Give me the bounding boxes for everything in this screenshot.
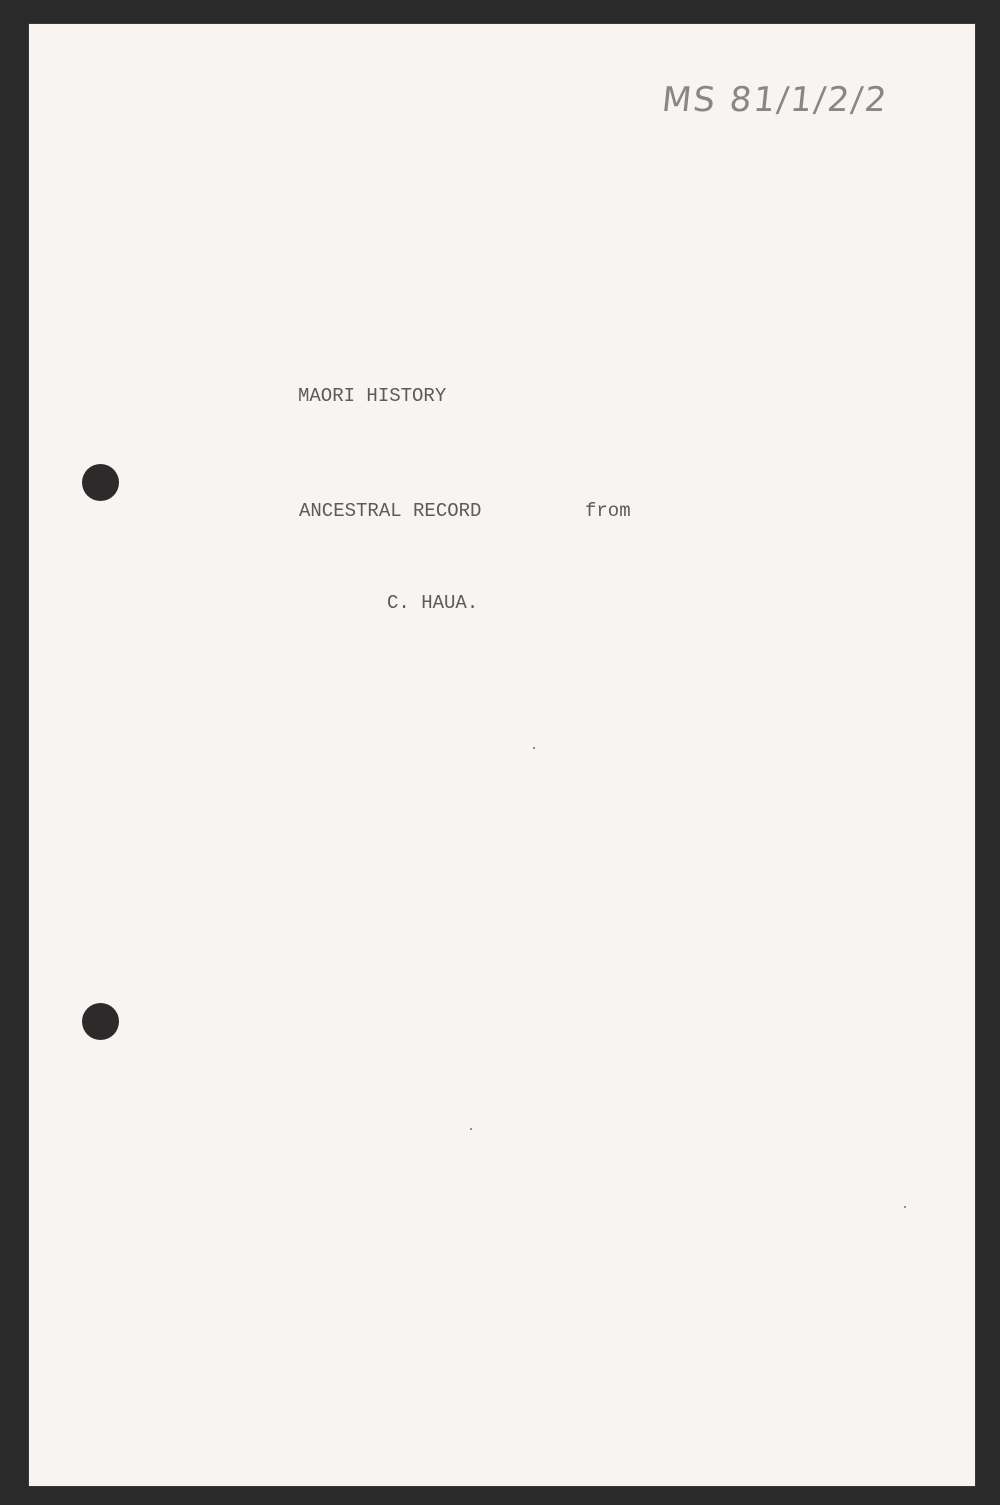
subtitle-connector: from: [585, 500, 631, 522]
document-subtitle: ANCESTRAL RECORD: [299, 500, 481, 522]
archive-reference-handwritten: MS 81/1/2/2: [660, 80, 890, 120]
document-author: C. HAUA.: [387, 592, 478, 614]
punch-hole-bottom: [82, 1003, 119, 1040]
document-title: MAORI HISTORY: [298, 385, 446, 407]
document-page: MS 81/1/2/2 MAORI HISTORY ANCESTRAL RECO…: [29, 24, 975, 1486]
paper-speck: [533, 747, 535, 749]
paper-speck: [904, 1206, 906, 1208]
paper-speck: [470, 1128, 472, 1130]
punch-hole-top: [82, 464, 119, 501]
